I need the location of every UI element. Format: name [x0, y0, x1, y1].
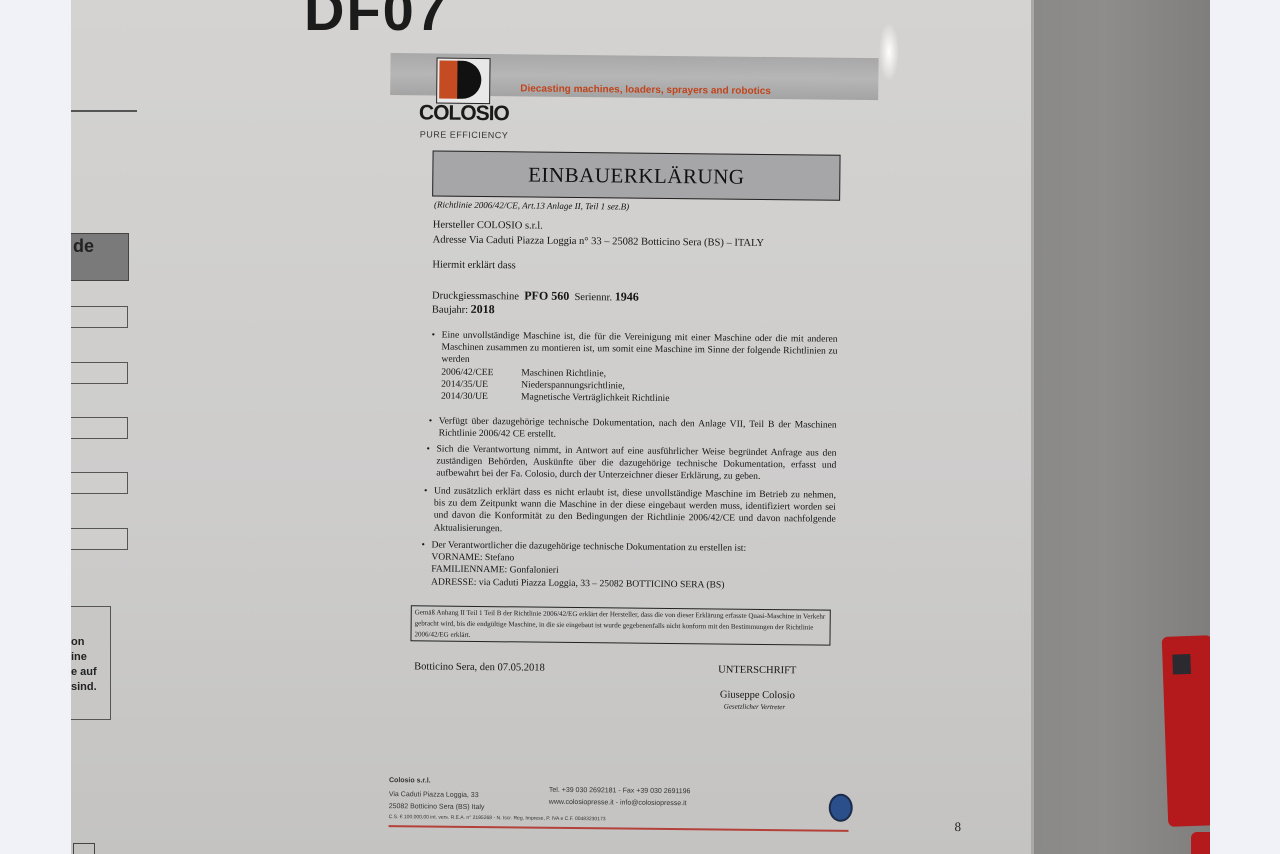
value: Via Caduti Piazza Loggia n° 33 – 25082 B… [469, 235, 764, 249]
bullet-2: •Verfügt über dazugehörige technische Do… [439, 416, 837, 445]
legal-note: Gemäß Anhang II Teil 1 Teil B der Richtl… [410, 605, 830, 645]
certification-icon [829, 794, 853, 822]
machine-panel: DF07 de on ine e auf sind. Diecasting ma… [71, 0, 1033, 854]
footer-registry: C.S. € 100.000,00 int. vers. R.E.A. n° 2… [389, 814, 606, 822]
label: Adresse [433, 234, 467, 245]
bullet-text: Verfügt über dazugehörige technische Dok… [439, 416, 837, 440]
footer-city: 25082 Botticino Sera (BS) Italy [389, 803, 485, 811]
bullet-5: •Der Verantwortlicher die dazugehörige t… [431, 539, 835, 592]
brand-name: COLOSIO [419, 101, 509, 126]
warning-card [1162, 635, 1210, 827]
build-year: 2018 [471, 302, 495, 316]
label: Seriennr. [574, 292, 612, 303]
label: Hersteller [433, 219, 475, 230]
warning-symbol-icon [1172, 654, 1191, 675]
warning-card [1191, 832, 1210, 854]
bullet-text: Und zusätzlich erklärt dass es nicht erl… [434, 486, 836, 534]
label: Baujahr: [432, 304, 468, 315]
footer-phone: Tel. +39 030 2692181 - Fax +39 030 26911… [549, 787, 691, 795]
bullet-3: •Sich die Verantwortung nimmt, in Antwor… [436, 444, 836, 485]
page-number: 8 [954, 819, 961, 835]
place-date: Botticino Sera, den 07.05.2018 [414, 661, 545, 673]
photograph: DF07 de on ine e auf sind. Diecasting ma… [71, 0, 1210, 854]
footer-company: Colosio s.r.l. [389, 777, 431, 784]
footer-street: Via Caduti Piazza Loggia, 33 [389, 791, 479, 799]
declaration-document: Diecasting machines, loaders, sprayers a… [71, 0, 1037, 854]
serial-number: 1946 [615, 289, 639, 303]
document-subtitle: (Richtlinie 2006/42/CE, Art.13 Anlage II… [434, 200, 629, 212]
bullet-4: •Und zusätzlich erklärt dass es nicht er… [434, 486, 836, 539]
footer-web: www.colosiopresse.it - info@colosiopress… [549, 799, 687, 807]
signature-label: UNTERSCHRIFT [718, 665, 796, 677]
document-title: EINBAUERKLÄRUNG [432, 150, 840, 200]
bullet-1: •Eine unvollständige Maschine ist, die f… [441, 330, 838, 407]
label: Druckgiessmaschine [432, 290, 519, 302]
signatory-name: Giuseppe Colosio [720, 690, 795, 702]
brand-tagline: PURE EFFICIENCY [420, 129, 509, 140]
footer-divider [389, 825, 849, 831]
banner-text: Diecasting machines, loaders, sprayers a… [520, 83, 771, 97]
value: COLOSIO s.r.l. [477, 220, 543, 232]
manufacturer-row: Hersteller COLOSIO s.r.l. [433, 219, 543, 231]
bullet-text: Eine unvollständige Maschine ist, die fü… [441, 330, 837, 366]
bullet-text: Sich die Verantwortung nimmt, in Antwort… [436, 444, 836, 483]
signatory-role: Gesetzlicher Vertreter [724, 703, 785, 712]
declares-text: Hiermit erklärt dass [432, 259, 516, 271]
year-row: Baujahr: 2018 [432, 301, 495, 317]
machine-model: PFO 560 [524, 288, 569, 302]
address-row: Adresse Via Caduti Piazza Loggia n° 33 –… [433, 234, 764, 248]
colosio-logo-icon [436, 58, 490, 105]
